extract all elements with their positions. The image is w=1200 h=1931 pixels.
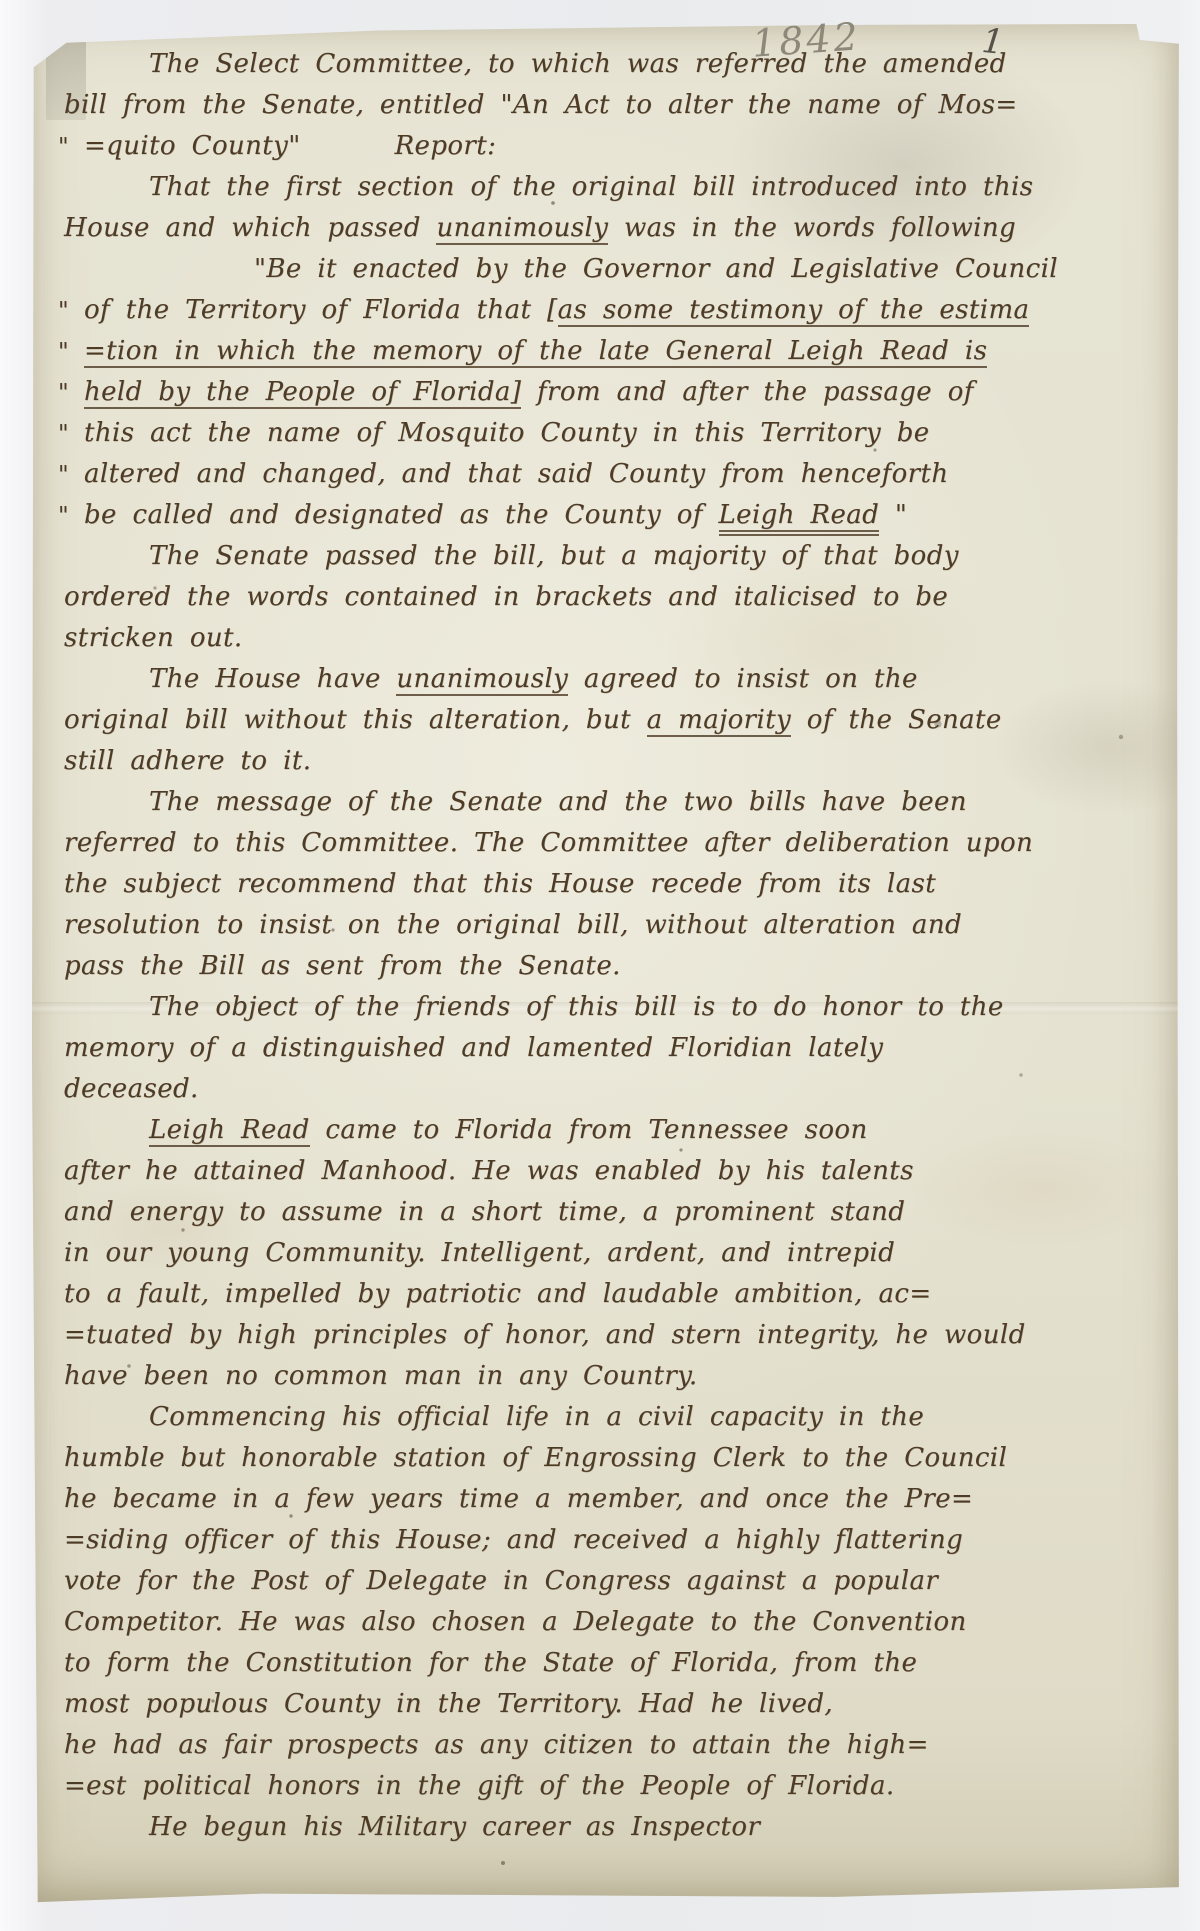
quote-mark: " [58,373,84,414]
document-line: House and which passed unanimously was i… [64,208,1124,249]
line-segment: memory of a distinguished and lamented F… [64,1033,883,1063]
line-segment: of the Senate [791,705,1002,735]
document-line: the subject recommend that this House re… [64,864,1124,905]
line-segment: deceased. [64,1074,199,1104]
document-line: most populous County in the Territory. H… [64,1684,1124,1725]
document-line: stricken out. [64,618,1124,659]
line-segment: this act the name of Mosquito County in … [84,418,930,448]
document-line: =est political honors in the gift of the… [64,1766,1124,1807]
document-line: "held by the People of Florida] from and… [64,372,1124,413]
line-segment: was in the words following [608,213,1016,243]
document-line: The message of the Senate and the two bi… [64,782,1124,823]
line-segment: original bill without this alteration, b… [64,705,647,735]
line-segment: Competitor. He was also chosen a Delegat… [64,1607,967,1637]
line-segment: The Select Committee, to which was refer… [149,49,1007,79]
line-segment: of the Territory of Florida that [ [84,295,558,325]
line-segment: came to Florida from Tennessee soon [310,1115,868,1145]
quote-mark: " [58,414,84,455]
document-line: he became in a few years time a member, … [64,1479,1124,1520]
document-line: deceased. [64,1069,1124,1110]
line-segment: stricken out. [64,623,243,653]
quote-mark: " [58,332,84,373]
line-segment: still adhere to it. [64,746,311,776]
document-line: "=quito County" Report: [64,126,1124,167]
document-line: still adhere to it. [64,741,1124,782]
document-line: have been no common man in any Country. [64,1356,1124,1397]
quote-mark: " [58,496,84,537]
document-line: vote for the Post of Delegate in Congres… [64,1561,1124,1602]
line-segment: to a fault, impelled by patriotic and la… [64,1279,932,1309]
line-segment: Leigh Read [149,1115,310,1147]
line-segment: have been no common man in any Country. [64,1361,698,1391]
line-segment: be called and designated as the County o… [84,500,719,530]
line-segment: bill from the Senate, entitled "An Act t… [64,90,1018,120]
line-segment: The Senate passed the bill, but a majori… [149,541,959,571]
document-line: he had as fair prospects as any citizen … [64,1725,1124,1766]
document-line: original bill without this alteration, b… [64,700,1124,741]
document-line: Commencing his official life in a civil … [64,1397,1124,1438]
document-line: That the first section of the original b… [64,167,1124,208]
line-segment: in our young Community. Intelligent, ard… [64,1238,895,1268]
line-segment: most populous County in the Territory. H… [64,1689,833,1719]
line-segment: He begun his Military career as Inspecto… [149,1812,760,1842]
quote-mark: " [58,291,84,332]
line-segment: pass the Bill as sent from the Senate. [64,951,621,981]
document-line: bill from the Senate, entitled "An Act t… [64,85,1124,126]
document-line: humble but honorable station of Engrossi… [64,1438,1124,1479]
line-segment: Commencing his official life in a civil … [149,1402,924,1432]
line-segment: to form the Constitution for the State o… [64,1648,917,1678]
line-segment: " [879,500,907,530]
document-line: =siding officer of this House; and recei… [64,1520,1124,1561]
line-segment: The House have [149,664,396,694]
line-segment: after he attained Manhood. He was enable… [64,1156,914,1186]
document-line: in our young Community. Intelligent, ard… [64,1233,1124,1274]
line-segment: humble but honorable station of Engrossi… [64,1443,1007,1473]
document-line: ordered the words contained in brackets … [64,577,1124,618]
document-line: =tuated by high principles of honor, and… [64,1315,1124,1356]
line-segment: the subject recommend that this House re… [64,869,936,899]
document-line: "of the Territory of Florida that [as so… [64,290,1124,331]
line-segment: ordered the words contained in brackets … [64,582,948,612]
document-line: to form the Constitution for the State o… [64,1643,1124,1684]
document-line: after he attained Manhood. He was enable… [64,1151,1124,1192]
document-line: "be called and designated as the County … [64,495,1124,536]
document-line: Leigh Read came to Florida from Tennesse… [64,1110,1124,1151]
line-segment: Leigh Read [719,500,880,536]
line-segment: "Be it enacted by the Governor and Legis… [254,254,1058,284]
document-line: Competitor. He was also chosen a Delegat… [64,1602,1124,1643]
line-segment: agreed to insist on the [568,664,918,694]
line-segment: held by the People of Florida] [84,377,521,409]
line-segment: =quito County" Report: [84,131,496,161]
line-segment: =tuated by high principles of honor, and… [64,1320,1026,1350]
document-line: He begun his Military career as Inspecto… [64,1807,1124,1848]
line-segment: That the first section of the original b… [149,172,1033,202]
quote-mark: " [58,127,84,168]
line-segment: =siding officer of this House; and recei… [64,1525,963,1555]
manuscript-text-block: The Select Committee, to which was refer… [64,44,1124,1848]
document-line: pass the Bill as sent from the Senate. [64,946,1124,987]
line-segment: referred to this Committee. The Committe… [64,828,1033,858]
line-segment: unanimously [436,213,608,245]
document-line: and energy to assume in a short time, a … [64,1192,1124,1233]
document-line: "Be it enacted by the Governor and Legis… [64,249,1124,290]
document-line: to a fault, impelled by patriotic and la… [64,1274,1124,1315]
document-line: The House have unanimously agreed to ins… [64,659,1124,700]
line-segment: unanimously [396,664,568,696]
line-segment: a majority [647,705,792,737]
line-segment: =tion in which the memory of the late Ge… [84,336,987,368]
line-segment: and energy to assume in a short time, a … [64,1197,905,1227]
document-line: The object of the friends of this bill i… [64,987,1124,1028]
document-line: The Senate passed the bill, but a majori… [64,536,1124,577]
document-line: The Select Committee, to which was refer… [64,44,1124,85]
quote-mark: " [58,455,84,496]
line-segment: from and after the passage of [521,377,973,407]
line-segment: he had as fair prospects as any citizen … [64,1730,929,1760]
line-segment: The message of the Senate and the two bi… [149,787,967,817]
line-segment: as some testimony of the estima [558,295,1030,327]
line-segment: House and which passed [64,213,436,243]
document-line: resolution to insist on the original bil… [64,905,1124,946]
document-line: referred to this Committee. The Committe… [64,823,1124,864]
document-line: "altered and changed, and that said Coun… [64,454,1124,495]
line-segment: vote for the Post of Delegate in Congres… [64,1566,938,1596]
document-line: memory of a distinguished and lamented F… [64,1028,1124,1069]
document-line: "=tion in which the memory of the late G… [64,331,1124,372]
line-segment: resolution to insist on the original bil… [64,910,962,940]
line-segment: he became in a few years time a member, … [64,1484,973,1514]
ink-specks [32,24,34,26]
line-segment: =est political honors in the gift of the… [64,1771,895,1801]
line-segment: altered and changed, and that said Count… [84,459,949,489]
line-segment: The object of the friends of this bill i… [149,992,1004,1022]
document-line: "this act the name of Mosquito County in… [64,413,1124,454]
